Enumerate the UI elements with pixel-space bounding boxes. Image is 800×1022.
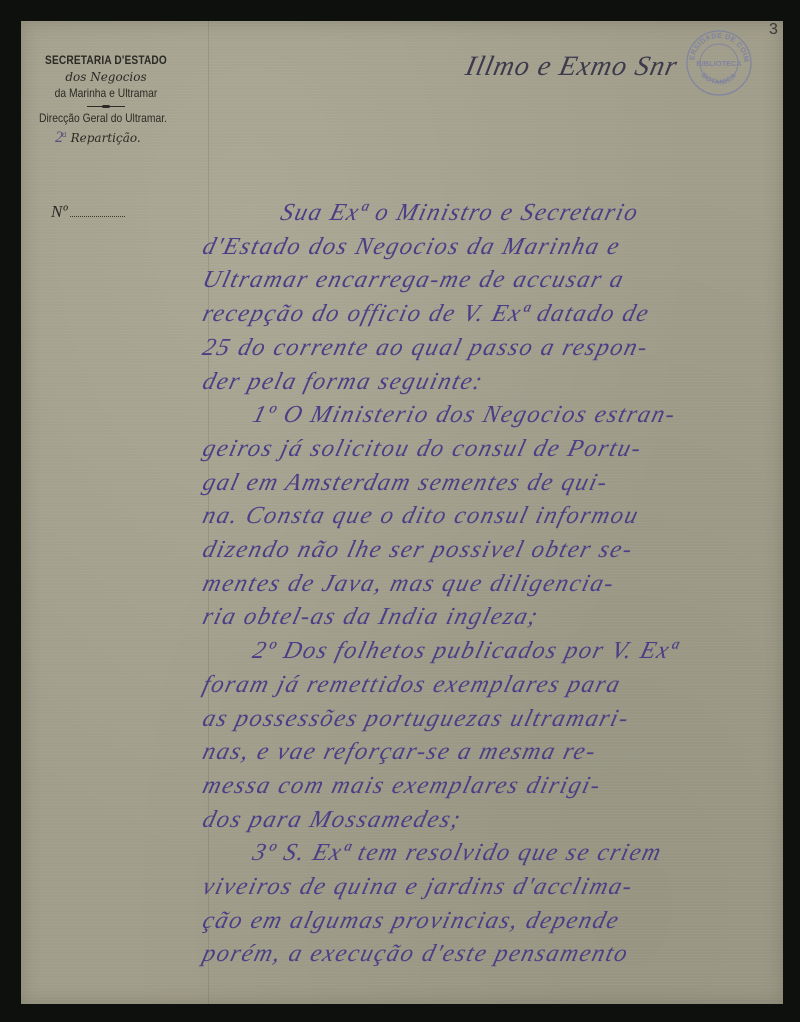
body-line: Sua Exª o Ministro e Secretario xyxy=(199,196,787,230)
body-line: der pela forma seguinte: xyxy=(199,365,787,399)
body-line: porém, a execução d'este pensamento xyxy=(199,937,787,971)
letterhead-secretaria: SECRETARIA D'ESTADO xyxy=(40,55,172,67)
body-line: nas, e vae reforçar-se a mesma re- xyxy=(199,735,787,769)
body-line: 1º O Ministerio dos Negocios estran- xyxy=(199,398,787,432)
body-line: Ultramar encarrega-me de accusar a xyxy=(199,263,787,297)
body-line: gal em Amsterdam sementes de qui- xyxy=(199,466,787,500)
reparticao-number: 2 xyxy=(55,129,62,146)
body-line: messa com mais exemplares dirigi- xyxy=(199,769,787,803)
letterhead-direccao: Direcção Geral do Ultramar. xyxy=(36,111,170,125)
svg-text:BOTANICA: BOTANICA xyxy=(700,72,739,87)
body-line: 2º Dos folhetos publicados por V. Exª xyxy=(199,634,787,668)
number-label: Nº xyxy=(51,202,68,222)
letterhead-negocios: dos Negocios xyxy=(31,70,181,84)
reparticao-suffix: a xyxy=(62,130,67,139)
body-line: as possessões portuguezas ultramari- xyxy=(199,702,787,736)
library-stamp-icon: UNIVERSIDADE DE COIMBRA BIBLIOTECA BOTAN… xyxy=(685,29,753,97)
body-line: recepção do officio de V. Exª datado de xyxy=(199,297,787,331)
body-line: ção em algumas provincias, depende xyxy=(199,904,787,938)
reparticao-label: Repartição. xyxy=(71,131,141,145)
svg-text:UNIVERSIDADE DE COIMBRA: UNIVERSIDADE DE COIMBRA xyxy=(685,29,751,63)
page-number: 3 xyxy=(769,21,778,39)
letterhead-reparticao: 2a Repartição. xyxy=(31,129,181,147)
letter-page: 3 UNIVERSIDADE DE COIMBRA BIBLIOTECA BOT… xyxy=(21,21,783,1004)
letterhead: SECRETARIA D'ESTADO dos Negocios da Mari… xyxy=(31,55,181,147)
body-line: geiros já solicitou do consul de Portu- xyxy=(199,432,787,466)
body-line: viveiros de quina e jardins d'acclima- xyxy=(199,870,787,904)
salutation: Illmo e Exmo Snr xyxy=(463,51,681,83)
body-line: dos para Mossamedes; xyxy=(199,803,787,837)
body-line: ria obtel-as da India ingleza; xyxy=(199,600,787,634)
body-line: d'Estado dos Negocios da Marinha e xyxy=(199,230,787,264)
letterhead-marinha: da Marinha e Ultramar xyxy=(42,86,171,100)
body-line: 3º S. Exª tem resolvido que se criem xyxy=(199,836,787,870)
number-blank-line xyxy=(70,215,125,217)
document-number-field: Nº xyxy=(51,202,125,222)
body-line: mentes de Java, mas que diligencia- xyxy=(199,567,787,601)
letter-body: Sua Exª o Ministro e Secretario d'Estado… xyxy=(199,196,779,971)
letterhead-divider xyxy=(87,106,125,107)
body-line: foram já remettidos exemplares para xyxy=(199,668,787,702)
body-line: 25 do corrente ao qual passo a respon- xyxy=(199,331,787,365)
svg-text:BIBLIOTECA: BIBLIOTECA xyxy=(696,59,742,68)
body-line: dizendo não lhe ser possivel obter se- xyxy=(199,533,787,567)
body-line: na. Consta que o dito consul informou xyxy=(199,499,787,533)
